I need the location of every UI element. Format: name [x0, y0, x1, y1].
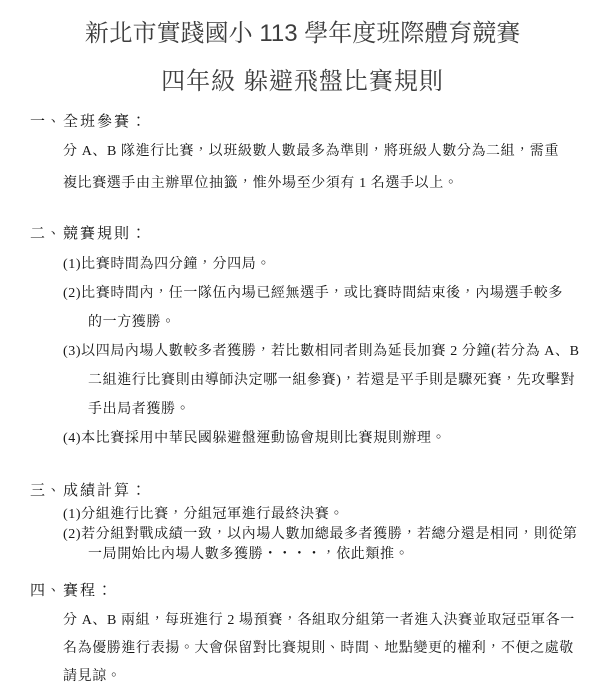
- text-line: 分 A、B 兩組，每班進行 2 場預賽，各組取分組第一者進入決賽並取冠亞軍各一: [63, 607, 575, 635]
- text-line: 請見諒。: [63, 663, 575, 691]
- document-page: 新北市實踐國小 113 學年度班際體育競賽 四年級 躲避飛盤比賽規則 一、 全班…: [0, 0, 601, 700]
- section-full-class-participation: 一、 全班參賽： 分 A、B 隊進行比賽，以班級數人數最多為準則，將班級人數分為…: [30, 110, 575, 200]
- section-body: 分 A、B 兩組，每班進行 2 場預賽，各組取分組第一者進入決賽並取冠亞軍各一 …: [30, 607, 575, 691]
- document-title-line1: 新北市實踐國小 113 學年度班際體育競賽: [30, 16, 575, 52]
- rule-item-2: (2)比賽時間內，任一隊伍內場已經無選手，或比賽時間結束後，內場選手較多: [63, 279, 575, 308]
- score-item-1: (1)分組進行比賽，分組冠軍進行最終決賽。: [63, 505, 575, 525]
- section-heading-row: 二、 競賽規則：: [30, 222, 575, 246]
- section-number: 三、: [30, 479, 63, 503]
- section-number: 一、: [30, 110, 63, 134]
- section-body: (1)分組進行比賽，分組冠軍進行最終決賽。 (2)若分組對戰成績一致，以內場人數…: [30, 505, 575, 565]
- rule-item-3-cont: 手出局者獲勝。: [88, 395, 575, 424]
- rule-item-1: (1)比賽時間為四分鐘，分四局。: [63, 250, 575, 279]
- section-heading: 成績計算：: [63, 479, 148, 503]
- section-number: 四、: [30, 579, 63, 603]
- score-item-2-cont: 一局開始比內場人數多獲勝・・・・，依此類推。: [88, 545, 575, 565]
- section-heading: 全班參賽：: [63, 110, 148, 134]
- section-heading: 競賽規則：: [63, 222, 148, 246]
- section-number: 二、: [30, 222, 63, 246]
- section-schedule: 四、 賽程： 分 A、B 兩組，每班進行 2 場預賽，各組取分組第一者進入決賽並…: [30, 579, 575, 691]
- section-scoring: 三、 成績計算： (1)分組進行比賽，分組冠軍進行最終決賽。 (2)若分組對戰成…: [30, 479, 575, 565]
- text-line: 複比賽選手由主辦單位抽籤，惟外場至少須有 1 名選手以上。: [63, 168, 575, 200]
- section-heading: 賽程：: [63, 579, 114, 603]
- score-item-2: (2)若分組對戰成績一致，以內場人數加總最多者獲勝，若總分還是相同，則從第: [63, 525, 575, 545]
- section-heading-row: 四、 賽程：: [30, 579, 575, 603]
- section-competition-rules: 二、 競賽規則： (1)比賽時間為四分鐘，分四局。 (2)比賽時間內，任一隊伍內…: [30, 222, 575, 453]
- rule-item-2-cont: 的一方獲勝。: [88, 308, 575, 337]
- rule-item-4: (4)本比賽採用中華民國躲避盤運動協會規則比賽規則辦理。: [63, 424, 575, 453]
- section-body: (1)比賽時間為四分鐘，分四局。 (2)比賽時間內，任一隊伍內場已經無選手，或比…: [30, 250, 575, 453]
- document-title-line2: 四年級 躲避飛盤比賽規則: [30, 64, 575, 100]
- section-heading-row: 一、 全班參賽：: [30, 110, 575, 134]
- text-line: 名為優勝進行表揚。大會保留對比賽規則、時間、地點變更的權利，不便之處敬: [63, 635, 575, 663]
- section-heading-row: 三、 成績計算：: [30, 479, 575, 503]
- rule-item-3-cont: 二組進行比賽則由導師決定哪一組參賽)，若還是平手則是驟死賽，先攻擊對: [88, 366, 575, 395]
- section-body: 分 A、B 隊進行比賽，以班級數人數最多為準則，將班級人數分為二組，需重 複比賽…: [30, 136, 575, 200]
- text-line: 分 A、B 隊進行比賽，以班級數人數最多為準則，將班級人數分為二組，需重: [63, 136, 575, 168]
- rule-item-3: (3)以四局內場人數較多者獲勝，若比數相同者則為延長加賽 2 分鐘(若分為 A、…: [63, 337, 575, 366]
